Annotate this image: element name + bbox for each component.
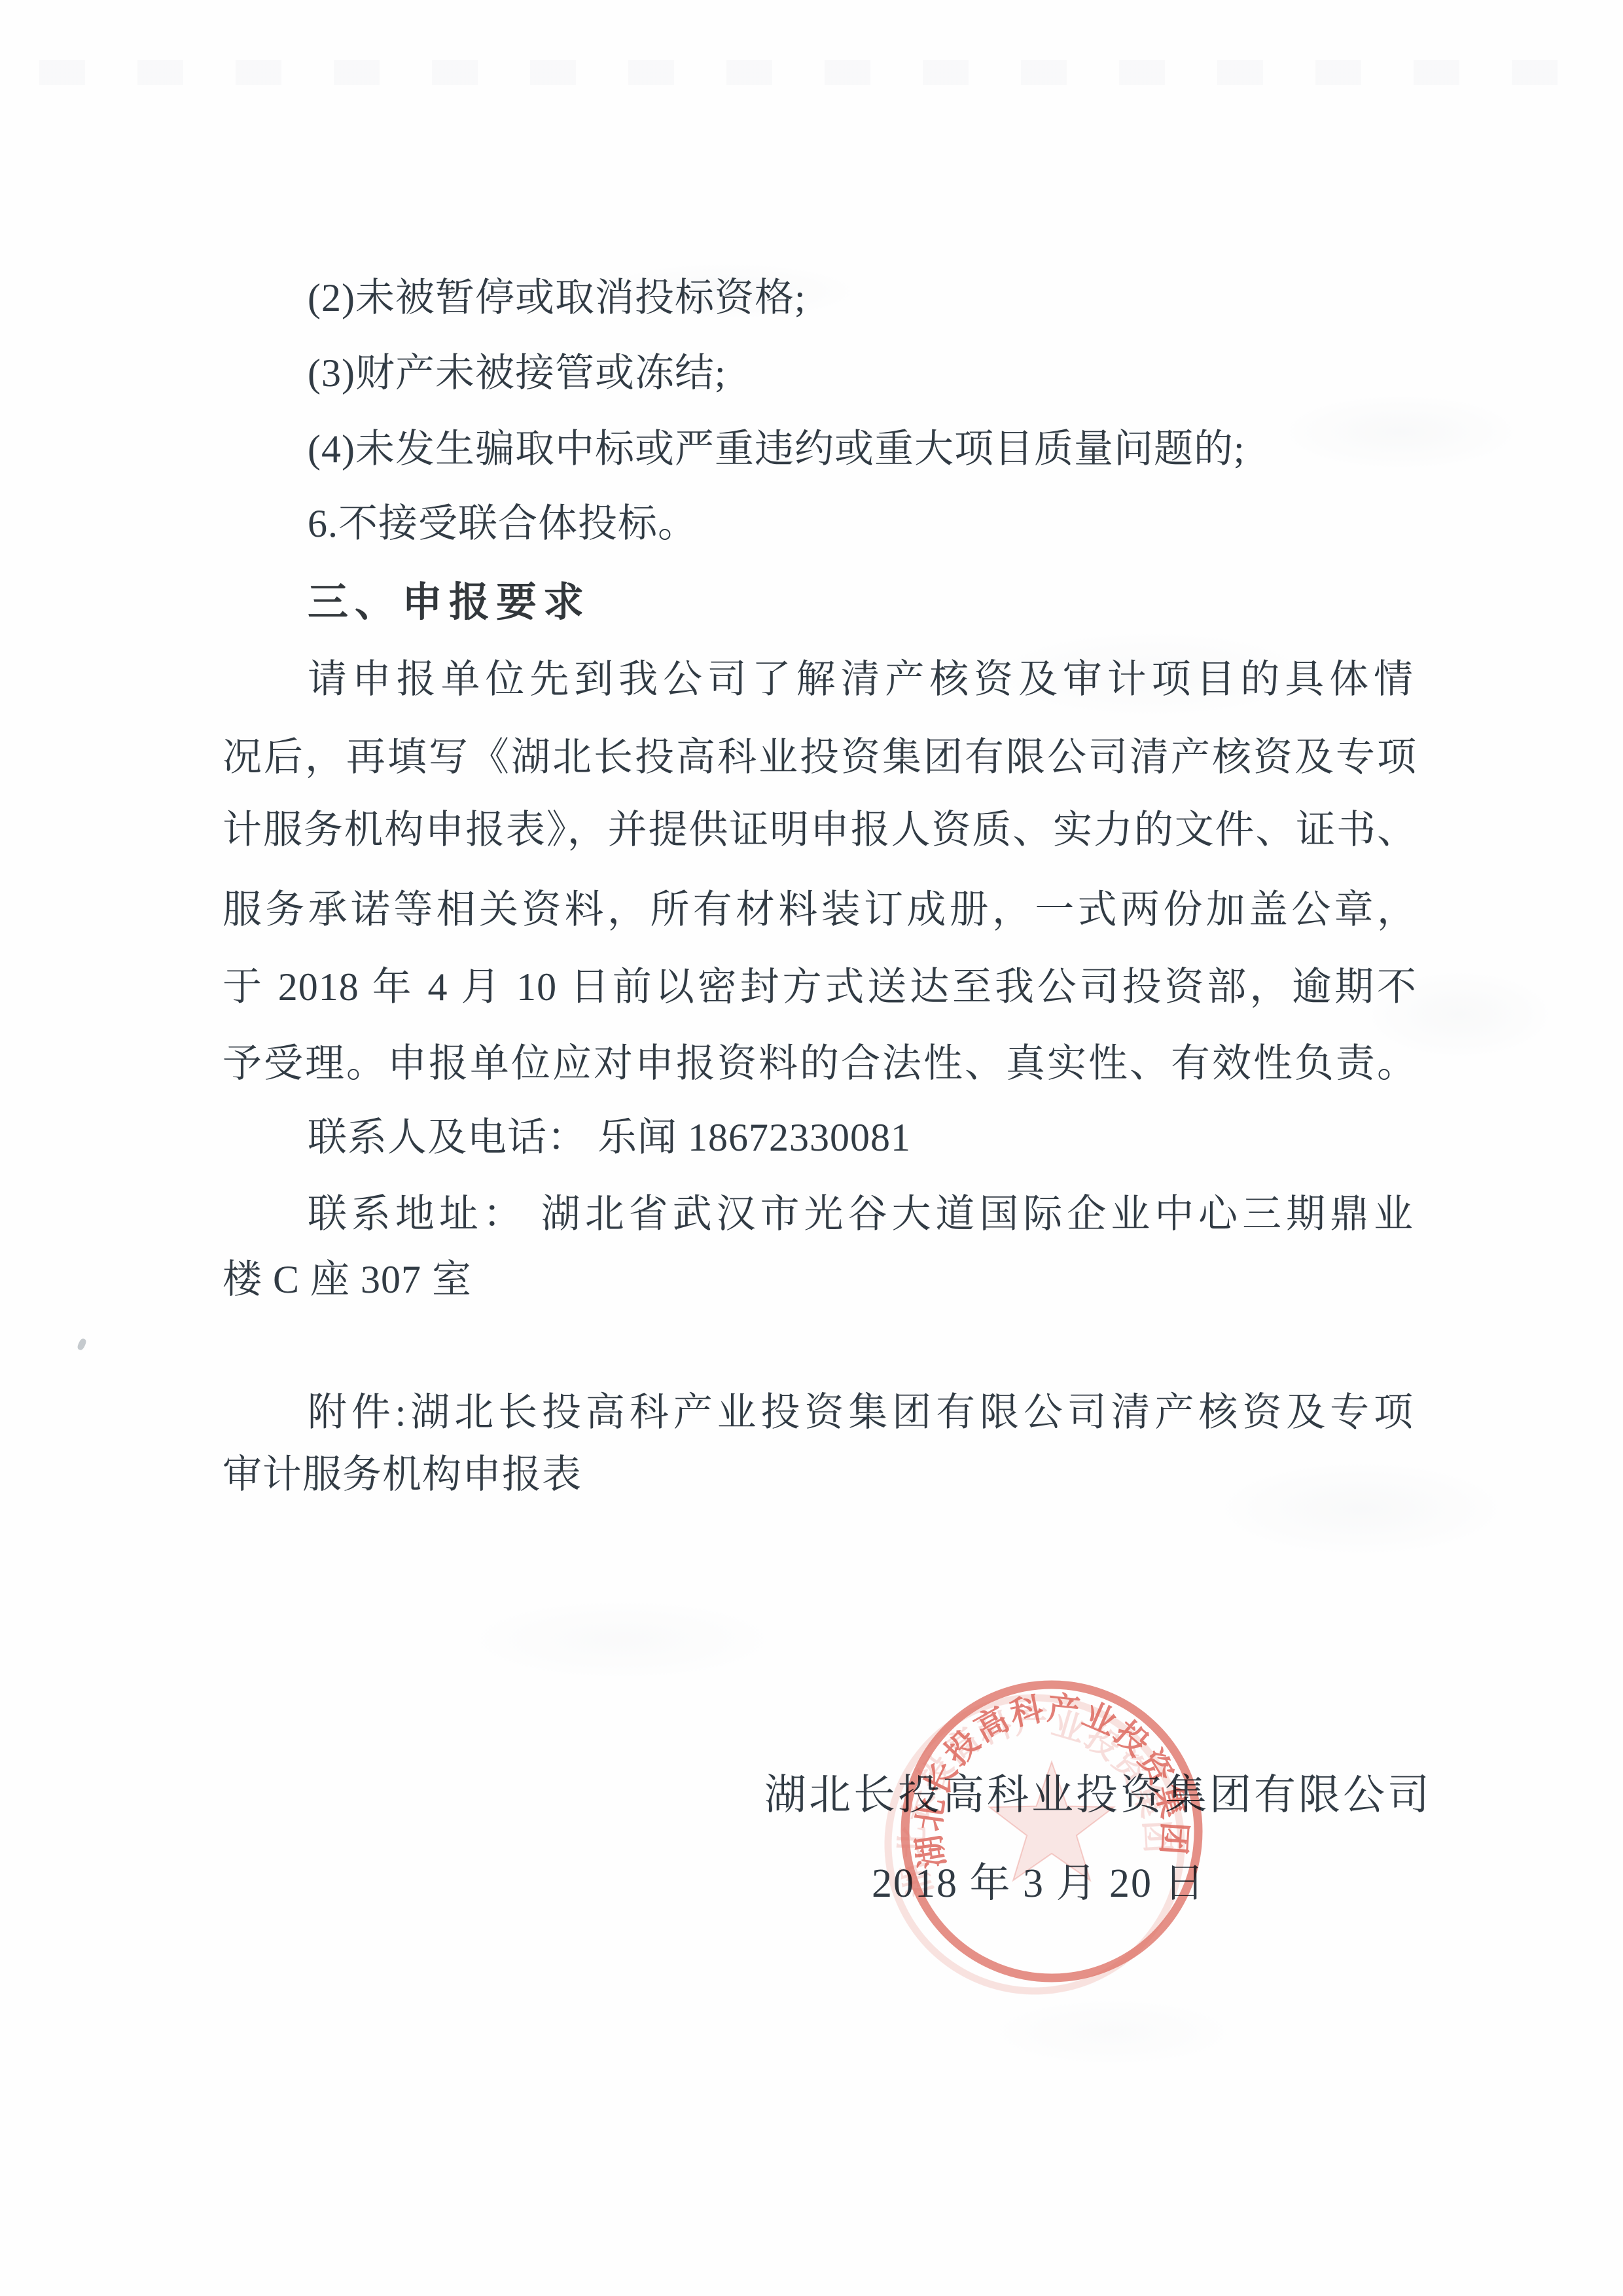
doc-line: 服务承诺等相关资料，所有材料装订成册，一式两份加盖公章，: [223, 870, 1417, 949]
signature-company: 湖北长投高科业投资集团有限公司: [764, 1761, 1432, 1821]
contact-phone-line: 联系人及电话： 乐闻 18672330081: [308, 1098, 911, 1177]
doc-line: 况后，再填写《湖北长投高科业投资集团有限公司清产核资及专项审: [223, 718, 1417, 797]
doc-line: 计服务机构申报表》，并提供证明申报人资质、实力的文件、证书、: [223, 791, 1417, 869]
doc-line-item-4: (4)未发生骗取中标或严重违约或重大项目质量问题的;: [308, 410, 1245, 488]
contact-address-line-2: 楼 C 座 307 室: [223, 1240, 472, 1319]
scan-noise-blob: [1211, 1460, 1512, 1558]
scan-noise-blob: [1276, 393, 1525, 471]
doc-line-item-2: (2)未被暂停或取消投标资格;: [308, 259, 806, 337]
doc-line: 予受理。申报单位应对申报资料的合法性、真实性、有效性负责。: [223, 1024, 1417, 1103]
signature-date: 2018 年 3 月 20 日: [872, 1850, 1206, 1909]
seal-ring: [905, 1685, 1198, 1978]
scanned-document-page: (2)未被暂停或取消投标资格; (3)财产未被接管或冻结; (4)未发生骗取中标…: [0, 0, 1623, 2296]
doc-line: 请申报单位先到我公司了解清产核资及审计项目的具体情: [308, 640, 1414, 719]
doc-line-item-6: 6.不接受联合体投标。: [308, 484, 698, 563]
scan-noise-blob: [982, 1996, 1243, 2068]
contact-address-line: 联系地址： 湖北省武汉市光谷大道国际企业中心三期鼎业: [308, 1175, 1414, 1253]
section-heading: 三、申报要求: [308, 564, 590, 642]
scan-noise-band: [39, 60, 1590, 85]
doc-line: 于 2018 年 4 月 10 日前以密封方式送达至我公司投资部，逾期不: [223, 948, 1417, 1026]
doc-line-item-3: (3)财产未被接管或冻结;: [308, 334, 726, 412]
attachment-line-2: 审计服务机构申报表: [223, 1435, 582, 1514]
scan-speck: [77, 1338, 88, 1352]
scan-noise-blob: [458, 1597, 785, 1682]
